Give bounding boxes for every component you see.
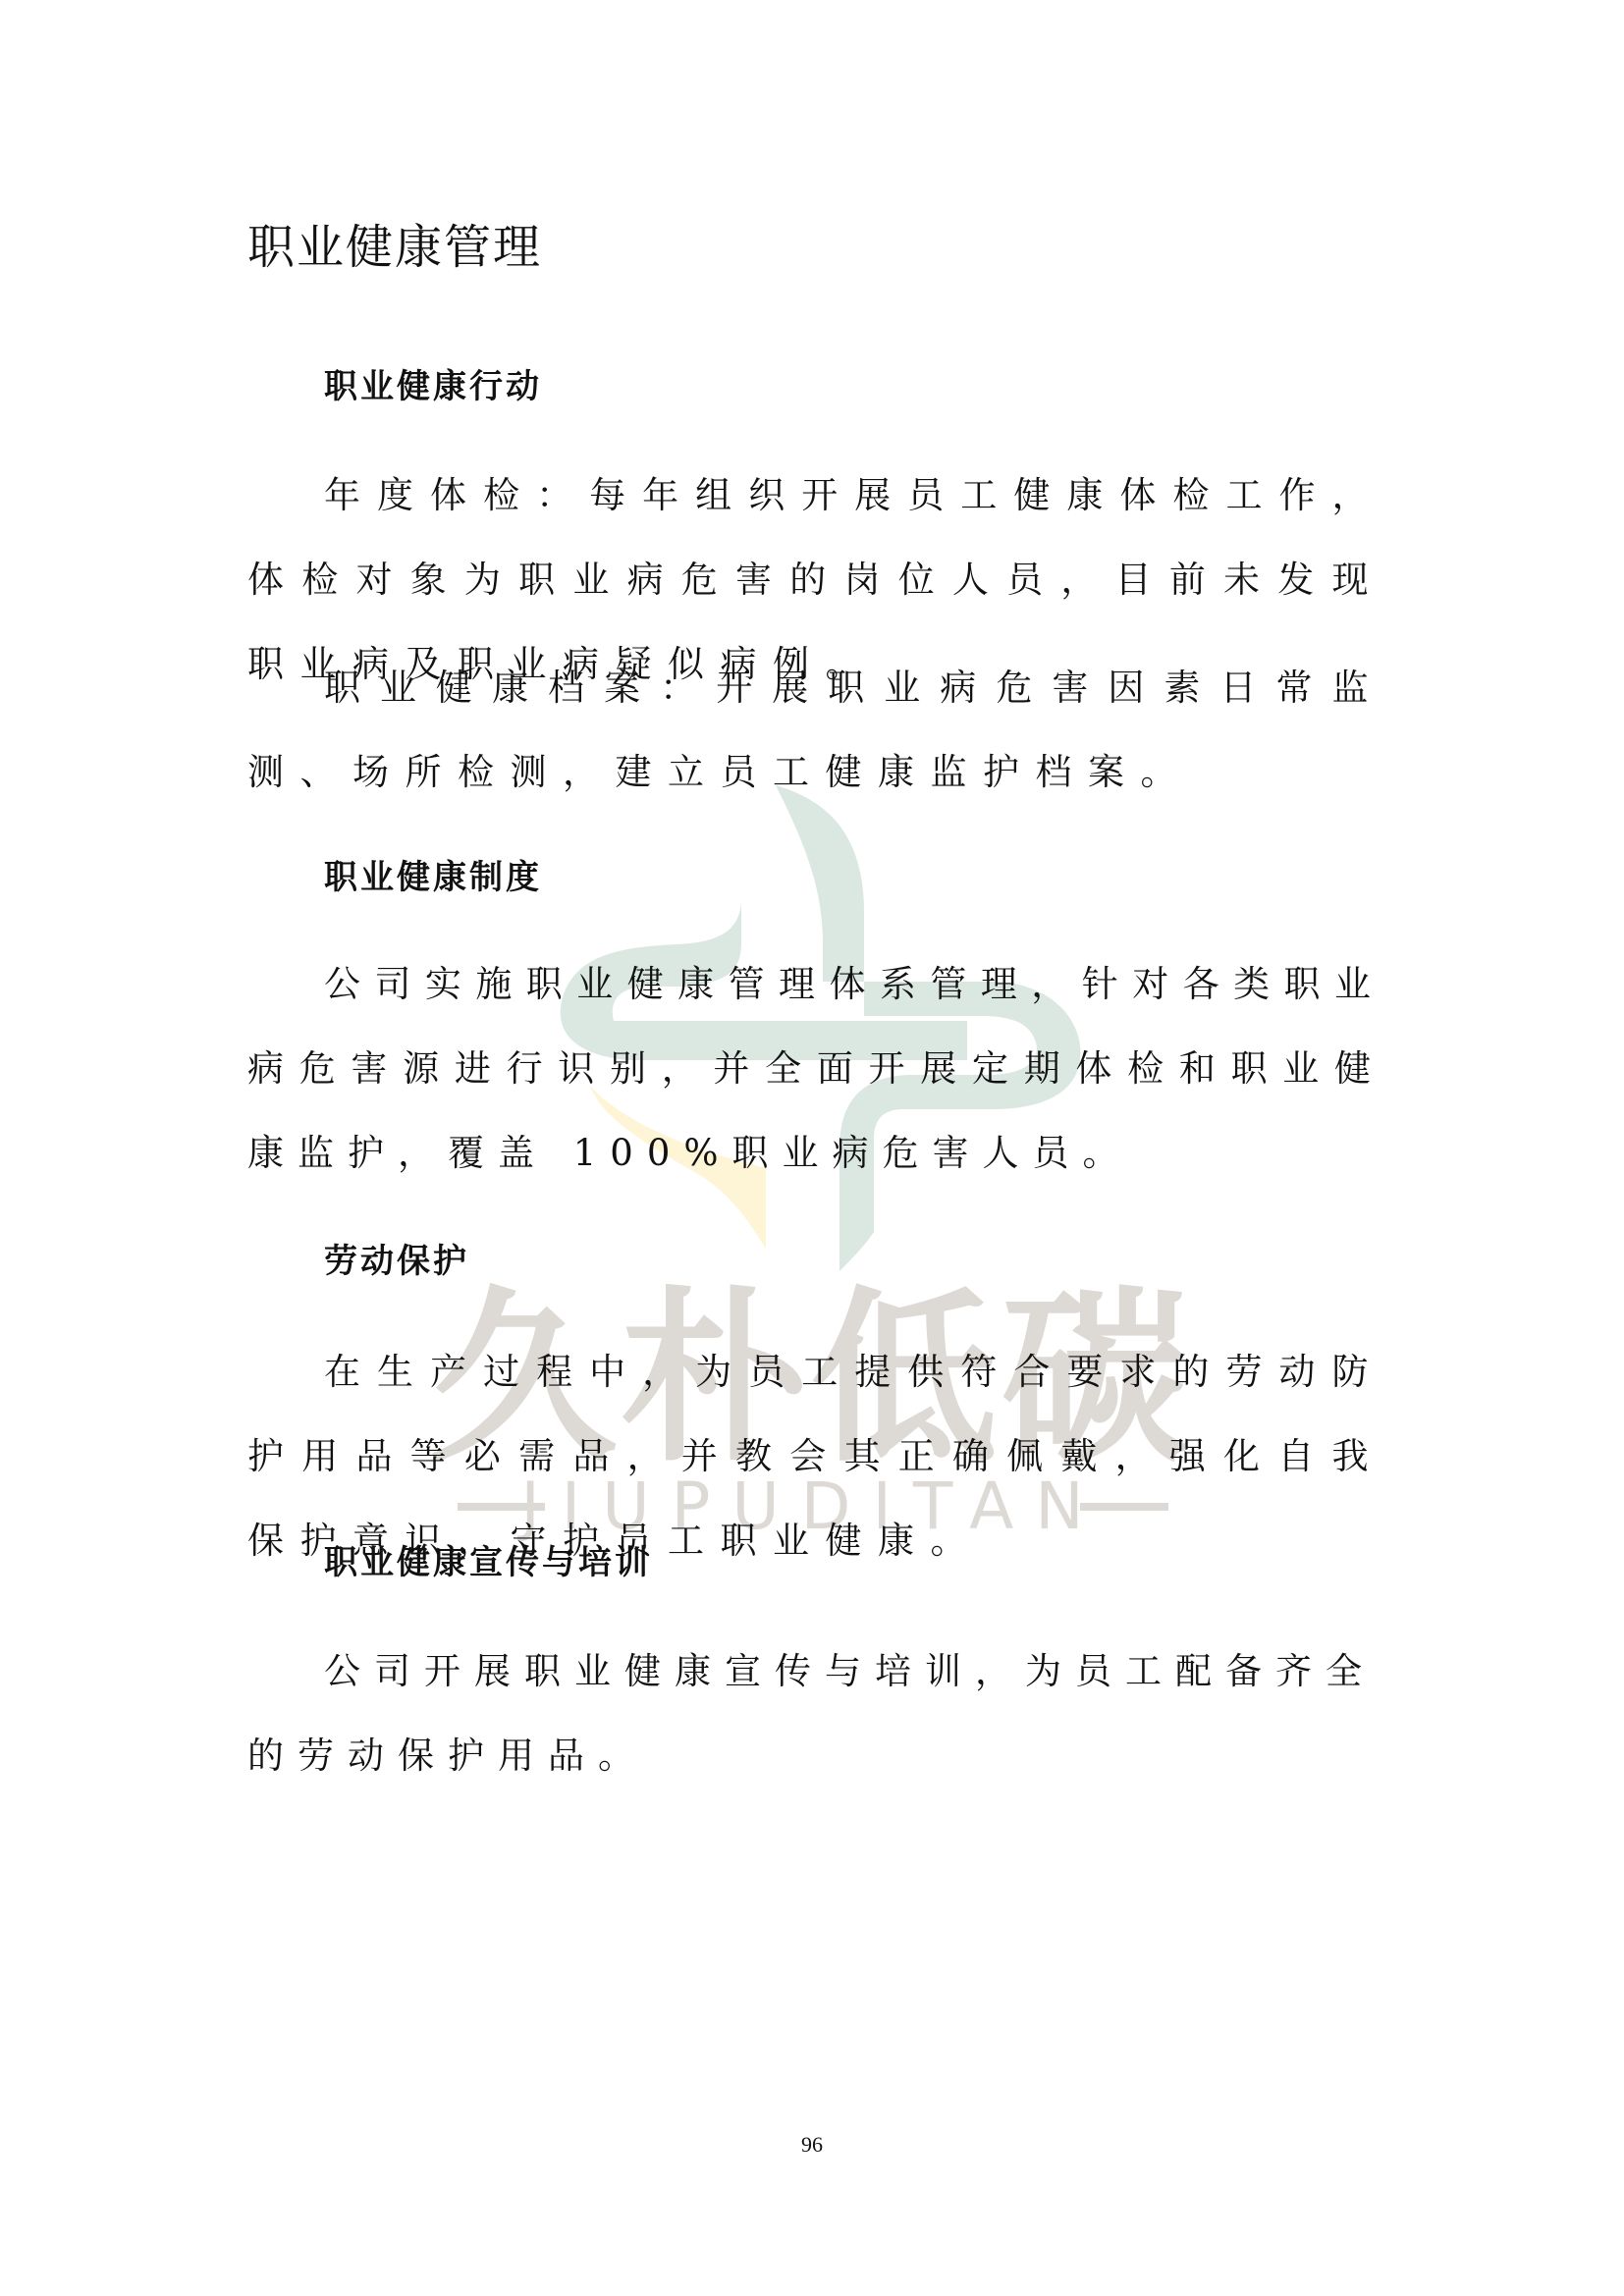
page-number: 96 (0, 2132, 1624, 2158)
paragraph-management-system: 公司实施职业健康管理体系管理，针对各类职业病危害源进行识别，并全面开展定期体检和… (247, 942, 1384, 1196)
paragraph-health-records: 职业健康档案：开展职业病危害因素日常监测、场所检测，建立员工健康监护档案。 (247, 646, 1384, 815)
section-heading-health-action: 职业健康行动 (324, 367, 542, 406)
document-page: 职业健康管理 职业健康行动 年度体检：每年组织开展员工健康体检工作，体检对象为职… (0, 0, 1624, 2296)
section-heading-labor-protection: 劳动保护 (324, 1242, 469, 1281)
section-heading-health-system: 职业健康制度 (324, 858, 542, 897)
paragraph-training: 公司开展职业健康宣传与培训，为员工配备齐全的劳动保护用品。 (247, 1629, 1384, 1798)
page-title: 职业健康管理 (247, 220, 542, 275)
section-heading-training: 职业健康宣传与培训 (324, 1543, 651, 1582)
